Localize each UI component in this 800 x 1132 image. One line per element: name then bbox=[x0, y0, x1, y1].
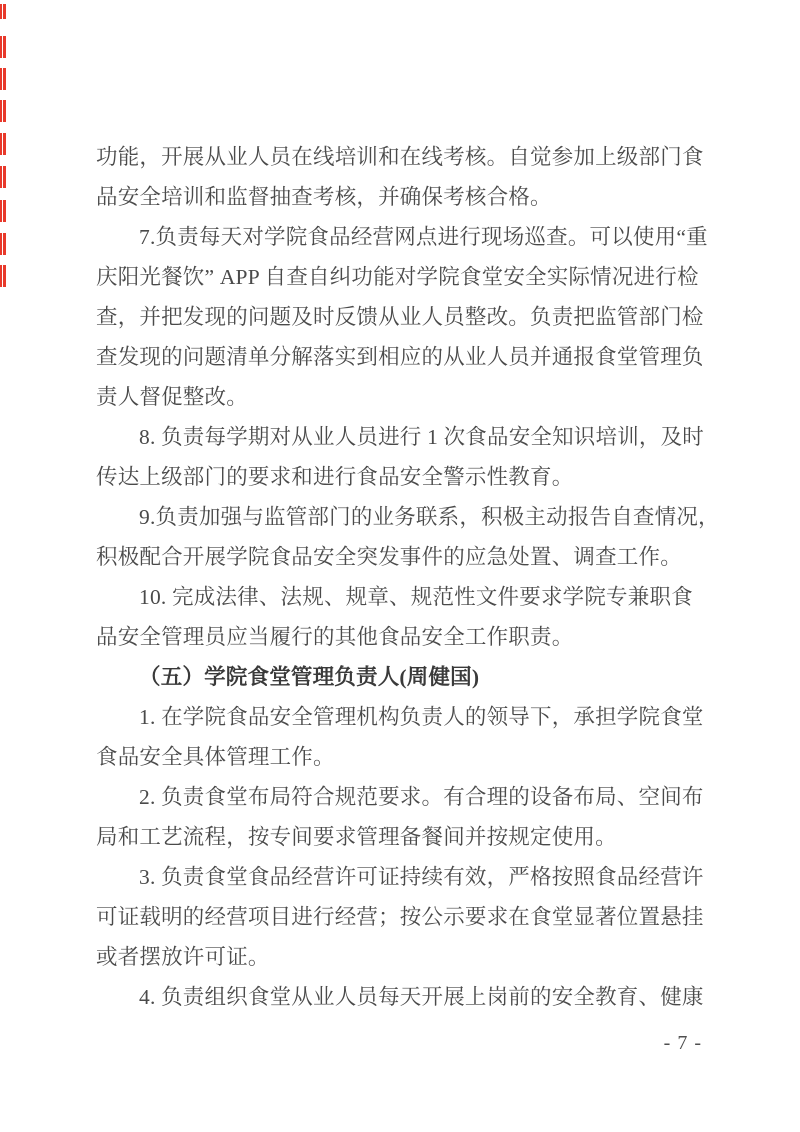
text-line-12: 10. 完成法律、法规、规章、规范性文件要求学院专兼职食 bbox=[96, 577, 708, 617]
text-line-11: 积极配合开展学院食品安全突发事件的应急处置、调查工作。 bbox=[96, 537, 708, 577]
text-line-13: 品安全管理员应当履行的其他食品安全工作职责。 bbox=[96, 617, 708, 657]
red-mark bbox=[0, 233, 6, 255]
text-line-21: 或者摆放许可证。 bbox=[96, 937, 708, 977]
text-line-1: 功能，开展从业人员在线培训和在线考核。自觉参加上级部门食 bbox=[96, 137, 708, 177]
red-mark bbox=[0, 36, 6, 58]
text-line-2: 品安全培训和监督抽查考核，并确保考核合格。 bbox=[96, 177, 708, 217]
text-line-6: 查发现的问题清单分解落实到相应的从业人员并通报食堂管理负 bbox=[96, 337, 708, 377]
text-line-3: 7.负责每天对学院食品经营网点进行现场巡查。可以使用“重 bbox=[96, 217, 708, 257]
text-line-15: 1. 在学院食品安全管理机构负责人的领导下，承担学院食堂 bbox=[96, 697, 708, 737]
text-line-5: 查，并把发现的问题及时反馈从业人员整改。负责把监管部门检 bbox=[96, 297, 708, 337]
red-mark bbox=[0, 100, 6, 122]
red-mark bbox=[0, 166, 6, 188]
text-line-22: 4. 负责组织食堂从业人员每天开展上岗前的安全教育、健康 bbox=[96, 977, 708, 1017]
page-number: - 7 - bbox=[664, 1030, 702, 1056]
red-mark bbox=[0, 4, 6, 19]
text-line-20: 可证载明的经营项目进行经营；按公示要求在食堂显著位置悬挂 bbox=[96, 897, 708, 937]
red-mark bbox=[0, 265, 6, 287]
document-page: 功能，开展从业人员在线培训和在线考核。自觉参加上级部门食品安全培训和监督抽查考核… bbox=[0, 0, 800, 1132]
text-line-18: 局和工艺流程，按专间要求管理备餐间并按规定使用。 bbox=[96, 817, 708, 857]
text-line-19: 3. 负责食堂食品经营许可证持续有效，严格按照食品经营许 bbox=[96, 857, 708, 897]
text-line-16: 食品安全具体管理工作。 bbox=[96, 737, 708, 777]
section-heading: （五）学院食堂管理负责人(周健国) bbox=[96, 657, 708, 697]
red-mark bbox=[0, 200, 6, 222]
document-body: 功能，开展从业人员在线培训和在线考核。自觉参加上级部门食品安全培训和监督抽查考核… bbox=[96, 137, 708, 1017]
text-line-8: 8. 负责每学期对从业人员进行 1 次食品安全知识培训，及时 bbox=[96, 417, 708, 457]
left-edge-red-marks bbox=[0, 0, 10, 320]
text-line-10: 9.负责加强与监管部门的业务联系，积极主动报告自查情况， bbox=[96, 497, 708, 537]
text-line-17: 2. 负责食堂布局符合规范要求。有合理的设备布局、空间布 bbox=[96, 777, 708, 817]
text-line-4: 庆阳光餐饮” APP 自查自纠功能对学院食堂安全实际情况进行检 bbox=[96, 257, 708, 297]
text-line-7: 责人督促整改。 bbox=[96, 377, 708, 417]
red-mark bbox=[0, 68, 6, 90]
red-mark bbox=[0, 133, 6, 155]
text-line-9: 传达上级部门的要求和进行食品安全警示性教育。 bbox=[96, 457, 708, 497]
